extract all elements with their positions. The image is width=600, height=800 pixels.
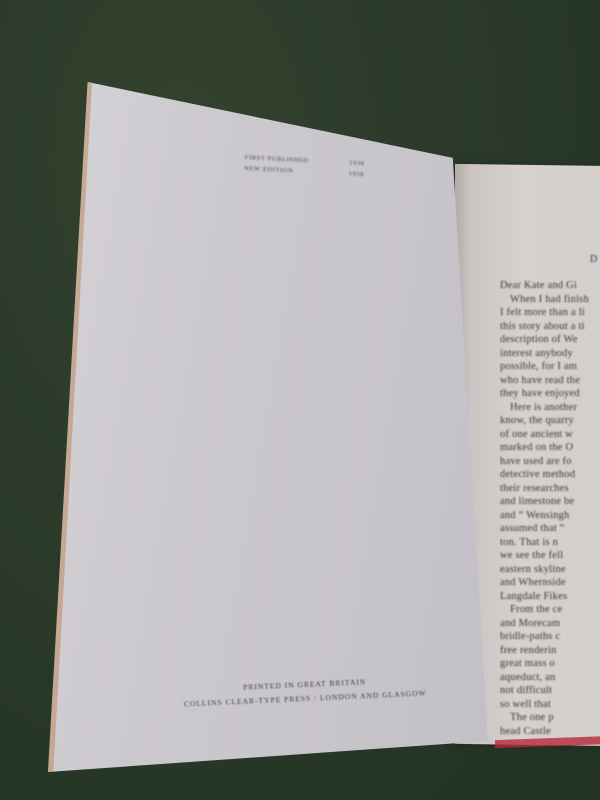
new-edition-year: 1958 bbox=[348, 168, 364, 180]
text-line: ton. That is n bbox=[500, 536, 600, 550]
text-line: From the ce bbox=[500, 603, 600, 617]
text-line: and “ Wensingh bbox=[500, 509, 600, 523]
text-line: we see the fell bbox=[500, 549, 600, 563]
text-line: know, the quarry bbox=[500, 414, 600, 428]
text-line: head Castle bbox=[500, 725, 600, 739]
text-line: have used are fo bbox=[500, 455, 600, 469]
text-line: eastern skyline bbox=[500, 563, 600, 577]
text-line: they have enjoyed bbox=[500, 387, 600, 401]
text-line: great mass o bbox=[500, 657, 600, 671]
text-line: I felt more than a li bbox=[500, 306, 600, 320]
text-line: interest anybody bbox=[500, 347, 600, 361]
text-line: marked on the O bbox=[500, 441, 600, 455]
text-line: their researches bbox=[500, 482, 600, 496]
text-line: detective method bbox=[500, 468, 600, 482]
text-line: The one p bbox=[500, 711, 600, 725]
text-line: possible, for I am bbox=[500, 360, 600, 374]
text-line: Langdale Fikes bbox=[500, 590, 600, 604]
text-line: Dear Kate and Gi bbox=[500, 279, 600, 293]
text-line: and Morecam bbox=[500, 617, 600, 631]
dedication-heading: D bbox=[590, 253, 597, 267]
dedication-text: D Dear Kate and Gi When I had finish I f… bbox=[500, 255, 600, 738]
text-line: and Whernside bbox=[500, 576, 600, 590]
text-line: assumed that “ bbox=[500, 522, 600, 536]
text-line: description of We bbox=[500, 333, 600, 347]
text-line: of one ancient w bbox=[500, 428, 600, 442]
text-line: so well that bbox=[500, 698, 600, 712]
text-line: who have read the bbox=[500, 374, 600, 388]
text-line: aqueduct, an bbox=[500, 671, 600, 685]
left-page bbox=[48, 82, 488, 772]
text-line: When I had finish bbox=[500, 293, 600, 307]
text-line: not difficult bbox=[500, 684, 600, 698]
first-published-year: 1938 bbox=[349, 157, 365, 169]
text-line: free renderin bbox=[500, 644, 600, 658]
text-line: and limestone be bbox=[500, 495, 600, 509]
text-line: Here is another bbox=[500, 401, 600, 415]
text-line: bridle-paths c bbox=[500, 630, 600, 644]
text-line: this story about a ti bbox=[500, 320, 600, 334]
